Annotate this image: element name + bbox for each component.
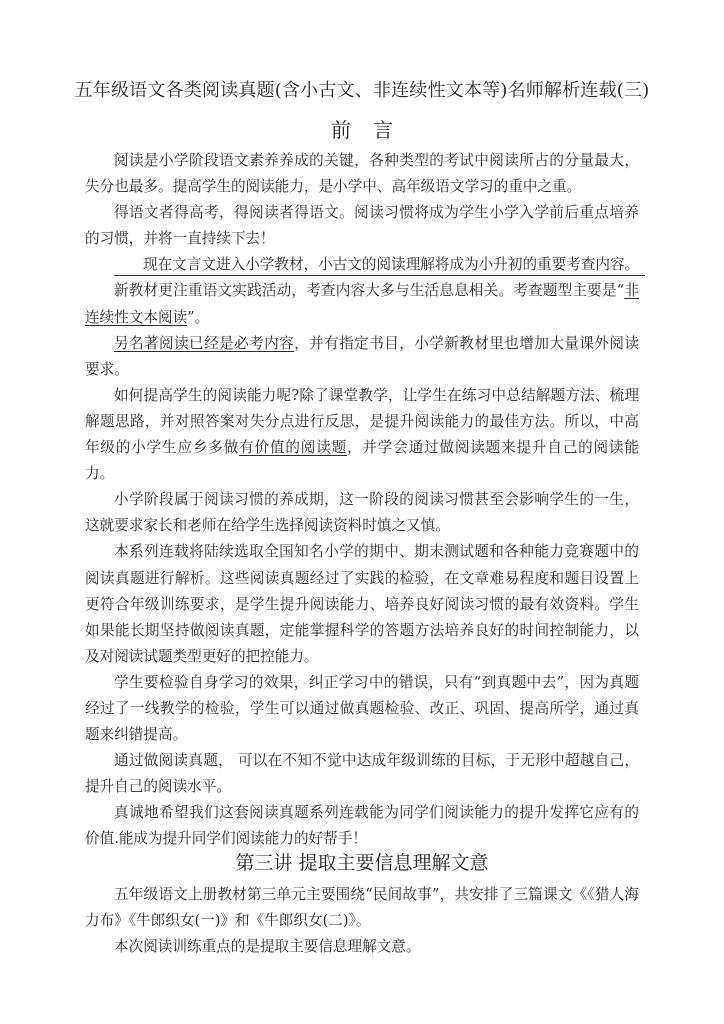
section-body: 五年级语文上册教材第三单元主要围绕“民间故事”，共安排了三篇课文《《猎人海力布》…	[85, 882, 639, 960]
paragraph: 小学阶段属于阅读习惯的养成期，这一阶段的阅读习惯甚至会影响学生的一生，这就要求家…	[85, 487, 639, 539]
text-run: 新教材更注重语文实践活动，考查内容大多与生活息息相关。考查题型主要是“	[114, 282, 624, 299]
underlined-text: 有价值的阅读题	[239, 439, 347, 456]
paragraph: 得语文者得高考，得阅读者得语文。阅读习惯将成为学生小学入学前后重点培养的习惯，并…	[85, 200, 639, 252]
document-page: 五年级语文各类阅读真题(含小古文、非连续性文本等)名师解析连载(三) 前言 阅读…	[0, 0, 724, 1024]
underlined-text: 现在文言文进入小学教材，小古文的阅读理解将成为小升初的重要考查内容。	[114, 255, 645, 276]
paragraph: 本系列连载将陆续选取全国知名小学的期中、期末测试题和各种能力竞赛题中的阅读真题进…	[85, 539, 639, 669]
document-title: 五年级语文各类阅读真题(含小古文、非连续性文本等)名师解析连载(三)	[0, 76, 724, 102]
paragraph: 新教材更注重语文实践活动，考查内容大多与生活息息相关。考查题型主要是“非连续性文…	[85, 278, 639, 330]
section-heading: 第三讲 提取主要信息理解文意	[0, 848, 724, 875]
preface-heading: 前言	[0, 114, 724, 143]
paragraph: 现在文言文进入小学教材，小古文的阅读理解将成为小升初的重要考查内容。	[85, 252, 639, 278]
preface-body: 阅读是小学阶段语文素养养成的关键，各种类型的考试中阅读所占的分量最大，失分也最多…	[85, 148, 639, 853]
underlined-text: 另名著阅读已经是必考内容	[114, 335, 294, 352]
paragraph: 真诚地希望我们这套阅读真题系列连载能为同学们阅读能力的提升发挥它应有的价值.能成…	[85, 800, 639, 852]
paragraph: 五年级语文上册教材第三单元主要围绕“民间故事”，共安排了三篇课文《《猎人海力布》…	[85, 882, 639, 934]
paragraph: 通过做阅读真题， 可以在不知不觉中达成年级训练的目标，于无形中超越自己，提升自己…	[85, 748, 639, 800]
paragraph: 如何提高学生的阅读能力呢?除了课堂教学，让学生在练习中总结解题方法、梳理解题思路…	[85, 383, 639, 487]
paragraph: 另名著阅读已经是必考内容，并有指定书目，小学新教材里也增加大量课外阅读要求。	[85, 331, 639, 383]
paragraph: 阅读是小学阶段语文素养养成的关键，各种类型的考试中阅读所占的分量最大，失分也最多…	[85, 148, 639, 200]
paragraph: 本次阅读训练重点的是提取主要信息理解文意。	[85, 934, 639, 960]
paragraph: 学生要检验自身学习的效果，纠正学习中的错误，只有“到真题中去”，因为真题经过了一…	[85, 670, 639, 748]
text-run: ”。	[187, 309, 209, 326]
